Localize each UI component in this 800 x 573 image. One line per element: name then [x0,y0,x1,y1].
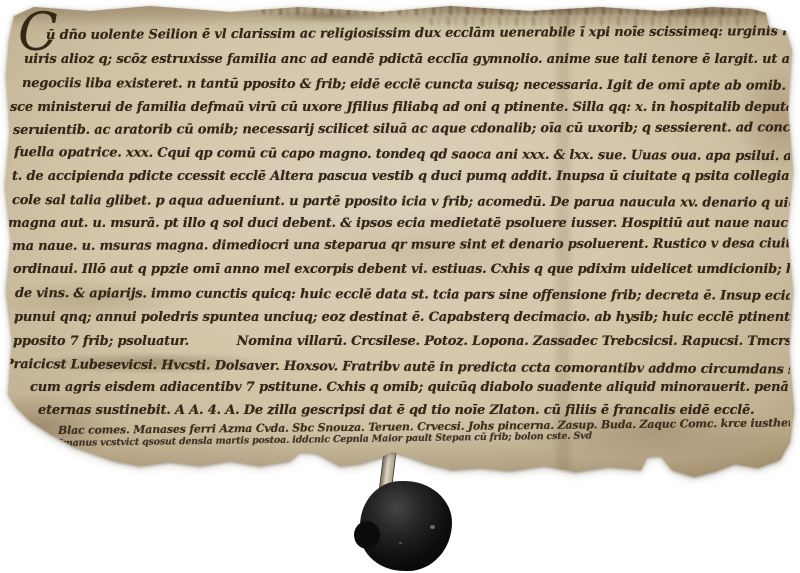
parchment-surface: C ū dño uolente Seilion ē vl clarissim a… [0,0,800,480]
text-line-2: uiris alioz q; scōz estruxisse familia a… [24,51,790,68]
text-line-6: fuella opatrice. xxx. Cqui qp comū cū ca… [14,144,790,165]
text-line-13: punui qnq; annui poledris spuntea unciuq… [14,309,790,326]
text-line-14: pposito 7 frib; psoluatur. Nomina villar… [13,333,790,350]
text-line-3: negociis liba existeret. n tantū pposito… [22,75,790,95]
text-line-5: seruientib. ac aratorib cū omib; necessa… [13,119,790,139]
text-line-4: sce ministerui de familia defmaū virū cū… [10,99,790,116]
text-line-15: Praicicst Lubesevicsi. Hvcsti. Dolsaver.… [4,356,790,378]
text-line-10: ma naue. u. msuras magna. dimediocri una… [12,235,790,255]
text-line-11: ordinaui. Illō aut q ppzie omī anno mel … [13,261,790,278]
faded-script-traces [262,3,774,15]
charter-photo: C ū dño uolente Seilion ē vl clarissim a… [0,0,800,573]
wax-seal [360,481,452,571]
text-line-12: de vins. & apiarijs. immo cunctis quicq:… [15,285,790,305]
text-line-16: cum agris eisdem adiacentibv 7 pstitune.… [30,379,790,396]
text-line-17: eternas sustinebit. A A. 4. A. De zilla … [38,402,758,419]
text-line-7: t. de accipienda pdicte ccessit ecclē Al… [12,168,790,185]
text-line-8: cole sal talia glibet. p aqua adueniunt.… [12,192,790,212]
text-line-1: ū dño uolente Seilion ē vl clarissim ac … [46,23,790,44]
text-line-9: magna aut. u. msurā. pt illo q sol duci … [8,215,790,232]
